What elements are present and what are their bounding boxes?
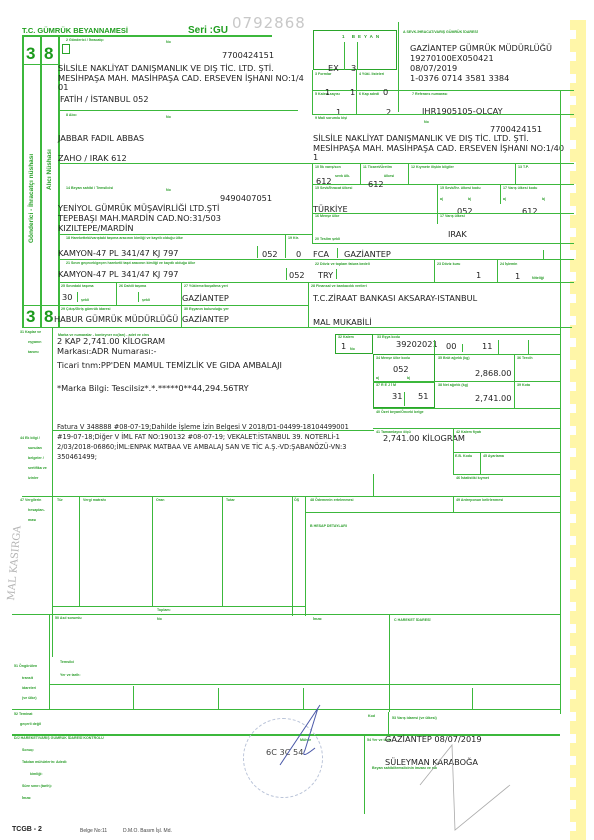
box28-label: 28 Finansal ve bankacılık verileri — [311, 284, 367, 288]
boxD-row-result: Sonuç: — [22, 748, 34, 752]
box51-label-2: transit — [22, 676, 33, 680]
box7-value: IHR1905105-OLCAY — [422, 107, 503, 117]
box6-label: 6 Kap adedi — [359, 92, 379, 96]
box47-col-base: Vergi matrahı — [83, 498, 106, 502]
perforation-notch — [570, 228, 576, 237]
box29-label: 29 Çıkış/Giriş gümrük idaresi — [61, 307, 111, 311]
perforation-notch — [570, 668, 576, 677]
box9-no-label: No — [424, 120, 429, 124]
box52-label-2: geçerli değil — [20, 722, 41, 726]
perforation-notch — [570, 470, 576, 479]
box50-place-label: Yer ve tarih: — [60, 673, 81, 677]
perforation-notch — [570, 756, 576, 765]
perforation-notch — [570, 778, 576, 787]
perforation-notch — [570, 448, 576, 457]
box51-label-4: (ve ülke) — [22, 696, 37, 700]
perforation-notch — [570, 624, 576, 633]
form-title: T.C. GÜMRÜK BEYANNAMESİ — [22, 26, 128, 35]
perforation-notch — [570, 580, 576, 589]
box19-label: 19 Ktr. — [288, 236, 299, 240]
box27-value: GAZİANTEP — [182, 294, 229, 304]
footer-doc-no: Belge No:11 — [80, 828, 107, 834]
box17-value: IRAK — [448, 230, 467, 240]
box16-label: 16 Menşe ülke — [315, 214, 339, 218]
box47-col-rate: Oran — [156, 498, 164, 502]
box14-line-3: KIZILTEPE/MARDİN — [58, 224, 133, 234]
box31-label-3: tanımı — [28, 350, 39, 354]
seri-number: 0792868 — [232, 14, 306, 32]
box8-line-1: JABBAR FADIL ABBAS — [58, 134, 144, 144]
box47-label-2: hesaplan- — [28, 508, 45, 512]
box20-label: 20 Teslim şekli — [315, 237, 340, 241]
box18-label: 18 Hareketteki/varıştaki taşıma aracının… — [66, 236, 183, 240]
box51-label-3: idareleri — [22, 686, 36, 690]
box4-label: 4 Yükl. listeleri — [359, 72, 384, 76]
box47-col-type: Tür — [57, 498, 63, 502]
box15b-label: 15 Sevk/İhr. ülkesi kodu — [440, 186, 481, 190]
box44-line-4: 350461499; — [57, 454, 97, 462]
box17b-b: b| — [542, 197, 545, 201]
box24-label: 24 İşlemin — [500, 262, 517, 266]
perforation-notch — [570, 250, 576, 259]
box17b-a: a| — [503, 197, 506, 201]
box33-code: 39202021 — [396, 340, 438, 350]
box34-b: b| — [407, 376, 410, 380]
box42-label: 42 Kalem fiyatı — [456, 430, 481, 434]
box27-label: 27 Yükleme/boşaltma yeri — [184, 284, 228, 288]
box50-rep-label: Temsilci — [60, 660, 74, 664]
perforation-notch — [570, 184, 576, 193]
box11-label: 11 Ticaret/Üretim — [363, 165, 392, 169]
boxD-row-signature: İmza: — [22, 796, 31, 800]
box8-no-label: No — [166, 115, 171, 119]
perforation-notch — [570, 822, 576, 831]
box2-label: 2 Gönderici / İhracatçı — [66, 38, 104, 42]
box32-value: 1 — [341, 342, 346, 352]
copy-number-right-bottom: 8 — [44, 307, 53, 327]
box11-sub: ülkesi — [384, 174, 394, 178]
copy-number-left: 3 — [26, 44, 35, 64]
box15b-b: b| — [468, 197, 471, 201]
box3-value: 1 — [325, 88, 330, 98]
box31-line-2: Markası:ADR Numarası:- — [57, 347, 157, 357]
box11-value: 612 — [368, 180, 384, 190]
box9-line-3: 1 — [313, 153, 318, 163]
box13-label: 13 T.P. — [518, 165, 529, 169]
box17b-label: 17 Varış ülkesi kodu — [503, 186, 537, 190]
box2-line-2: MESİHPAŞA MAH. MASİHPAŞA CAD. ERSEVEN İŞ… — [58, 74, 304, 84]
box32-sub: No — [350, 347, 355, 351]
box44-label-5: izinler — [28, 476, 38, 480]
box30-value: GAZİANTEP — [182, 315, 229, 325]
copy-number-left-bottom: 3 — [26, 307, 35, 327]
box15-label: 15 Sevk/İhracat ülkesi — [315, 186, 352, 190]
box4-value: 0 — [383, 88, 388, 98]
box44-label-1: 44 Ek bilgi / — [20, 436, 40, 440]
box44-label-3: belgeler / — [28, 456, 44, 460]
side-label-exporter-copy: Gönderici - İhracatçı nüshası — [28, 154, 35, 243]
box50-label: 50 Asıl sorumlu — [55, 616, 82, 620]
box25-value: 30 — [62, 293, 72, 303]
box37-label: 37 R E J İ M — [376, 383, 396, 387]
box2-checkbox[interactable] — [62, 44, 70, 54]
box9-line-2: MESİHPAŞA MAH. MASİHPAŞA CAD. ERSEVEN İŞ… — [313, 144, 564, 154]
copy-number-right: 8 — [44, 44, 53, 64]
perforation-notch — [570, 404, 576, 413]
box28-payment: MAL MUKABİLİ — [313, 318, 372, 328]
box34-label: 34 Menşe ülke kodu — [376, 356, 410, 360]
perforation-notch — [570, 96, 576, 105]
box2-no-label: No — [166, 40, 171, 44]
boxC-label: C HAREKET İDARESİ — [394, 618, 431, 622]
box44-line-2: #19-07-18;Diğer V İML FAT NO:190132 #08-… — [57, 434, 340, 442]
box25-sub: şekli — [81, 298, 89, 302]
box28-bank: T.C.ZİRAAT BANKASI AKSARAY-ISTANBUL — [313, 294, 477, 304]
signature-mark-stamp — [260, 700, 330, 770]
box47-label-1: 47 Vergilerin — [20, 498, 41, 502]
boxD-row-seals: Takılan mühürlerin: Adedi: — [22, 760, 67, 764]
box21-label: 21 Sınırı geçecek/geçen hareketli taşıt … — [66, 261, 195, 265]
perforation-notch — [570, 316, 576, 325]
box46-label: 46 İstatistiki kıymet — [456, 476, 489, 480]
box6-value: 2 — [386, 108, 391, 118]
perforation-notch — [570, 602, 576, 611]
footer-printer: D.M.O. Basım İşl. Md. — [123, 828, 172, 834]
box29-value: HABUR GÜMRÜK MÜDÜRLÜĞÜ — [54, 315, 178, 325]
perforation-notch — [570, 734, 576, 743]
box22-value: TRY — [318, 271, 333, 281]
box5-value: 1 — [350, 88, 355, 98]
perforation-notch — [570, 74, 576, 83]
perforation-notch — [570, 272, 576, 281]
box37-value-1: 31 — [392, 392, 402, 402]
box15b-a: a| — [440, 197, 443, 201]
box3-label: 3 Formlar — [315, 72, 331, 76]
box43-label: E.B. Kodu — [455, 454, 472, 458]
box38-label: 38 Net ağırlık (kg) — [438, 383, 468, 387]
box34-value: 052 — [393, 365, 409, 375]
box12-label: 12 Kıymete ilişkin bilgiler — [411, 165, 454, 169]
box24-sub: Niteliği — [532, 276, 544, 280]
box8-label: 8 Alıcı — [66, 113, 76, 117]
box40-label: 40 Özet beyan/Önceki belge — [376, 410, 424, 414]
perforation-notch — [570, 536, 576, 545]
box52-code-label: Kod — [368, 714, 375, 718]
box2-line-3: 01 — [58, 83, 68, 93]
handwritten-note: MAL KASIRGA — [6, 525, 24, 601]
box35-value: 2,868.00 — [475, 369, 511, 379]
box24-value: 1 — [515, 272, 520, 282]
box50-no-label: No — [157, 617, 162, 621]
box2-line-4: FATİH / İSTANBUL 052 — [60, 95, 149, 105]
box25-label: 25 Sınırdaki taşıma — [61, 284, 94, 288]
box31-line-4: *Marka Bilgi: Tescilsiz*.*.*****0**44,29… — [57, 384, 249, 394]
perforation-notch — [570, 360, 576, 369]
side-label-consignee-copy: Alıcı Nüshası — [46, 149, 53, 190]
perforation-notch — [570, 800, 576, 809]
boxB-label: B HESAP DETAYLARI — [310, 524, 347, 528]
perforation-notch — [570, 338, 576, 347]
box31-label-1: 31 Kaplar ve — [20, 330, 41, 334]
box33-part2: 00 — [446, 342, 456, 352]
box45-label: 45 Ayarlama — [483, 454, 504, 458]
boxD-label: D/J HAREKET/VARIŞ GÜMRÜK İDARESİ KONTROL… — [14, 736, 104, 740]
box39-label: 39 Kota — [517, 383, 530, 387]
perforation-notch — [570, 558, 576, 567]
box38-value: 2,741.00 — [475, 394, 511, 404]
perforation-notch — [570, 382, 576, 391]
perforation-notch — [570, 646, 576, 655]
box34-a: a| — [376, 376, 379, 380]
box1-label: 1 BEYAN — [342, 34, 382, 39]
perforation-notch — [570, 118, 576, 127]
perforation-notch — [570, 492, 576, 501]
box14-label: 14 Beyan sahibi / Temsilcisi — [66, 186, 113, 190]
boxD-row-identity: kimliği: — [30, 772, 43, 776]
box22-label: 22 Döviz ve toplam fatura bedeli — [315, 262, 370, 266]
box49-label: 49 Antreponun belirlenmesi — [456, 498, 503, 502]
box14-no-label: No — [166, 188, 171, 192]
box35-label: 35 Brüt ağırlık (kg) — [438, 356, 470, 360]
box47-col-os: ÖŞ — [294, 498, 299, 502]
box18-value: KAMYON-47 PL 341/47 KJ 797 — [58, 249, 179, 259]
boxA-line-4: 1-0376 0714 3581 3384 — [410, 74, 509, 84]
box44-line-3: 2/03/2018-06860;İML:ENPAK MATBAA VE AMBA… — [57, 444, 346, 452]
footer-form-code: TCGB - 2 — [12, 826, 42, 833]
box17b-value: 612 — [522, 207, 538, 217]
box10-label: 10 İlk varış/son — [315, 165, 341, 169]
box44-label-4: sertifika ve — [28, 466, 47, 470]
box32-label: 32 Kalem — [338, 335, 354, 339]
perforation-notch — [570, 514, 576, 523]
perforation-notch — [570, 294, 576, 303]
box31-line-3: Ticari tnm:PP'DEN MAMUL TEMİZLİK VE GIDA… — [57, 361, 282, 371]
box17-label: 17 Varış ülkesi — [440, 214, 465, 218]
perforation-notch — [570, 712, 576, 721]
box44-label-2: sunulan — [28, 446, 42, 450]
box7-label: 7 Referans numarası — [412, 92, 447, 96]
box10-sub: sevk ülk. — [335, 174, 350, 178]
box44-line-1: Fatura V 348888 #08-07-19;Dahilde İşleme… — [57, 424, 349, 432]
signature-mark — [410, 725, 520, 835]
box21-value: KAMYON-47 PL 341/47 KJ 797 — [58, 270, 179, 280]
box9-label: 9 Mali sorumlu kişi — [315, 116, 347, 120]
box23-label: 23 Döviz kuru — [437, 262, 460, 266]
box48-label: 48 Ödemenin ertelenmesi — [310, 498, 354, 502]
box37-value-2: 51 — [418, 392, 428, 402]
box26-sub: şekli — [142, 298, 150, 302]
box47-total-label: Toplam: — [157, 608, 171, 612]
box33-part3: 11 — [482, 342, 492, 352]
box52-label-1: 52 Teminat — [14, 712, 33, 716]
boxD-row-deadline: Süre sınırı (tarih): — [22, 784, 52, 788]
box36-label: 36 Tercih — [517, 356, 533, 360]
box23-value: 1 — [476, 271, 481, 281]
box51-label-1: 51 Öngörülen — [14, 664, 37, 668]
perforation-notch — [570, 690, 576, 699]
box26-label: 26 Dahili taşıma — [119, 284, 146, 288]
box30-label: 30 Eşyanın bulunduğu yer — [184, 307, 229, 311]
perforation-notch — [570, 426, 576, 435]
box2-no: 7700424151 — [222, 51, 274, 61]
box14-no: 9490407051 — [220, 194, 272, 204]
box50-sign-label: İmza: — [313, 617, 322, 621]
box47-col-amount: Tutar — [226, 498, 235, 502]
perforation-notch — [570, 30, 576, 39]
boxA-label: A SEVK-İHRACAT/VARIŞ GÜMRÜK İDARESİ — [403, 30, 478, 34]
perforation-notch — [570, 52, 576, 61]
perforation-notch — [570, 140, 576, 149]
box21-country: 052 — [289, 271, 305, 281]
box53-label: 53 Varış idaresi (ve ülkesi) — [392, 716, 437, 720]
box31-label-2: eşyanın — [28, 340, 41, 344]
box47-label-3: ması — [28, 518, 36, 522]
